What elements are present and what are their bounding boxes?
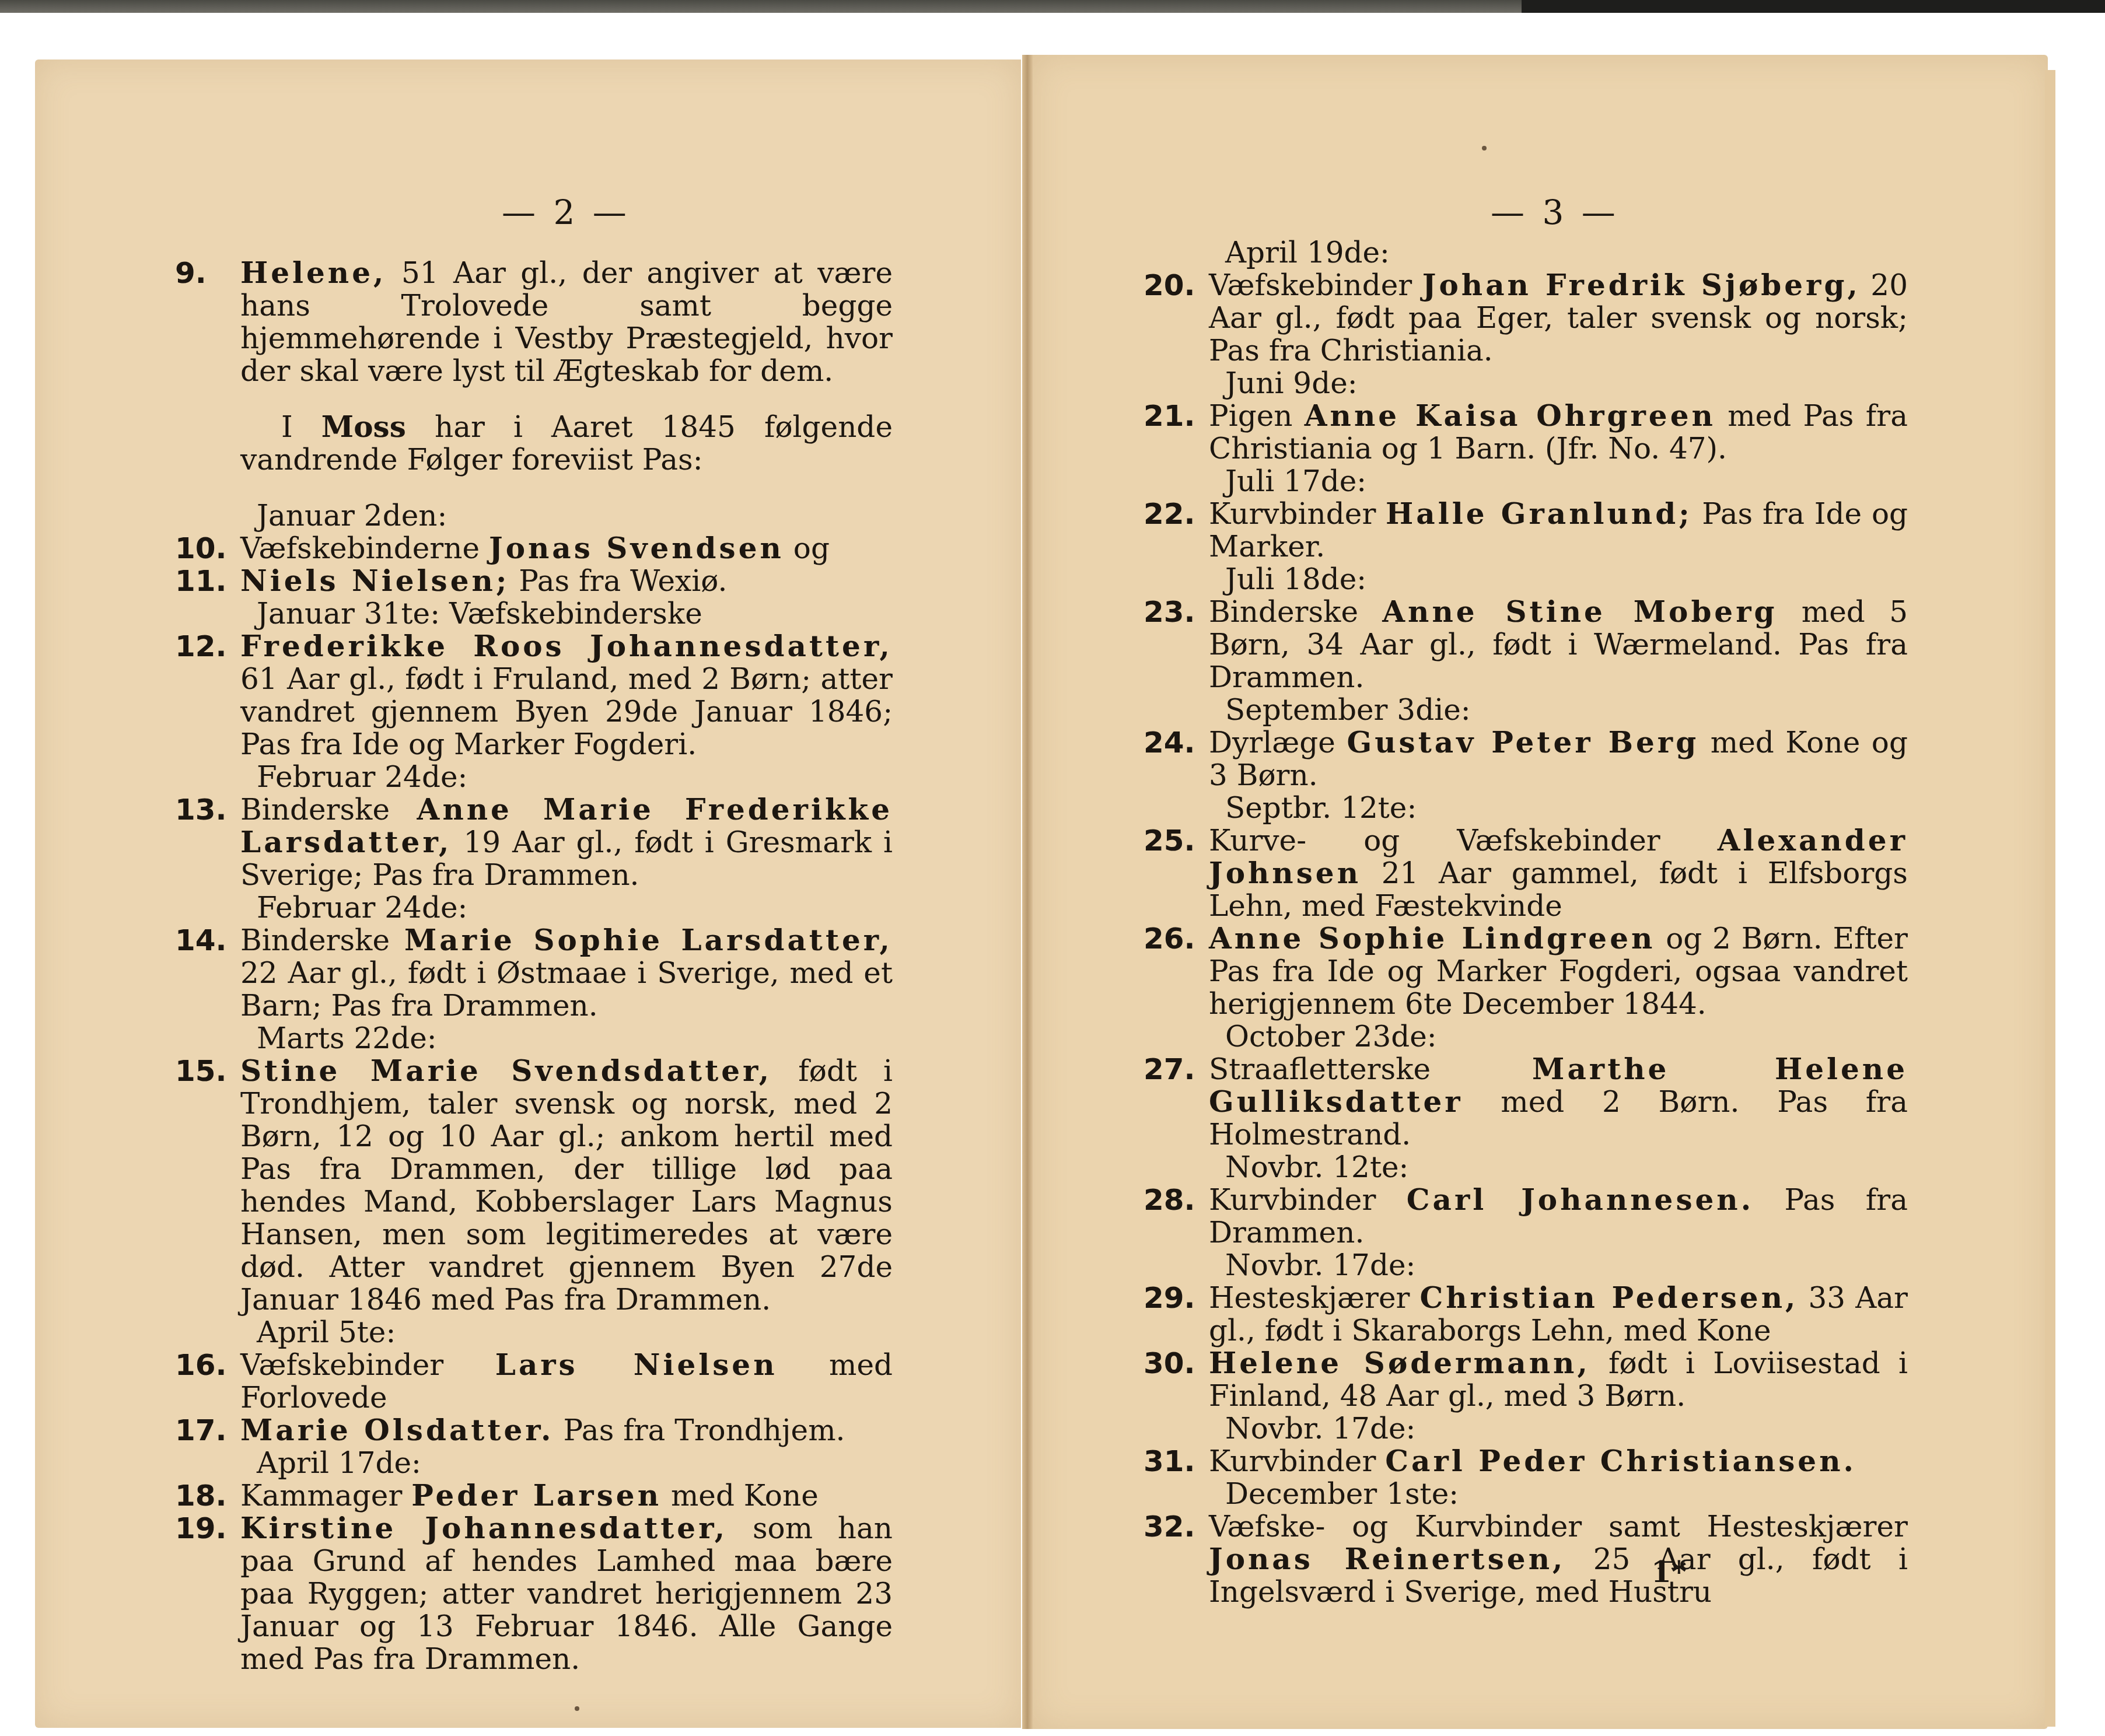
entry-details: Pas fra Trondhjem. xyxy=(563,1413,845,1447)
person-name: Johan Fredrik Sjøberg, xyxy=(1422,268,1861,302)
person-name: Jonas Reinertsen, xyxy=(1209,1542,1565,1576)
entry-number: 31. xyxy=(1144,1445,1209,1478)
entry-number: 13. xyxy=(175,793,240,891)
entry-text: Kurve- og Væfskebinder Alexander Johnsen… xyxy=(1209,824,1908,922)
register-entry: 32.Væfske- og Kurvbinder samt Hesteskjær… xyxy=(1144,1510,1908,1608)
signature-mark: 1* xyxy=(1651,1555,1687,1589)
entry-number: 9. xyxy=(175,257,240,387)
entry-text: Væfskebinder Johan Fredrik Sjøberg, 20 A… xyxy=(1209,269,1908,367)
person-name: Marie Olsdatter. xyxy=(240,1413,554,1447)
entry-number: 15. xyxy=(175,1055,240,1316)
register-entry: 31.Kurvbinder Carl Peder Christiansen. xyxy=(1144,1445,1908,1478)
register-entry: 16.Væfskebinder Lars Nielsen med Forlove… xyxy=(175,1349,893,1414)
entry-number: 27. xyxy=(1144,1053,1209,1151)
entry-number: 19. xyxy=(175,1512,240,1675)
person-name: Anne Sophie Lindgreen xyxy=(1209,921,1655,956)
scanner-edge-dark xyxy=(1522,0,2105,13)
register-entry: 10.Væfskebinderne Jonas Svendsen og xyxy=(175,532,893,565)
register-entry: 20.Væfskebinder Johan Fredrik Sjøberg, 2… xyxy=(1144,269,1908,367)
person-name: Peder Larsen xyxy=(411,1478,662,1513)
entry-number: 26. xyxy=(1144,922,1209,1020)
entry-number: 23. xyxy=(1144,596,1209,694)
person-name: Niels Nielsen; xyxy=(240,563,509,598)
entry-text: Anne Sophie Lindgreen og 2 Børn. Efter P… xyxy=(1209,922,1908,1020)
book-gutter xyxy=(1022,55,1033,1729)
entry-number: 28. xyxy=(1144,1184,1209,1249)
entry-text: Straafletterske Marthe Helene Gulliksdat… xyxy=(1209,1053,1908,1151)
entry-text: Hesteskjærer Christian Pedersen, 33 Aar … xyxy=(1209,1282,1908,1347)
entry-number: 14. xyxy=(175,924,240,1022)
person-name: Lars Nielsen xyxy=(495,1347,778,1382)
date-heading: Juni 9de: xyxy=(1144,367,1908,400)
date-heading: Septbr. 12te: xyxy=(1144,792,1908,824)
occupation: Kurvbinder xyxy=(1209,1444,1376,1478)
date-heading: Februar 24de: xyxy=(175,891,893,924)
occupation: Dyrlæge xyxy=(1209,726,1335,759)
entry-text: Kirstine Johannesdatter, som han paa Gru… xyxy=(240,1512,893,1675)
entry-details: født i Trondhjem, taler svensk og norsk,… xyxy=(240,1054,893,1317)
ink-spot xyxy=(575,1706,579,1711)
entry-text: Binderske Anne Stine Moberg med 5 Børn, … xyxy=(1209,596,1908,694)
person-name: Halle Granlund; xyxy=(1386,496,1693,531)
entry-text: Væfskebinder Lars Nielsen med Forlovede xyxy=(240,1349,893,1414)
occupation: Pigen xyxy=(1209,399,1292,433)
date-heading: September 3die: xyxy=(1144,694,1908,726)
occupation: Straafletterske xyxy=(1209,1052,1431,1086)
register-entry: 28.Kurvbinder Carl Johannesen. Pas fra D… xyxy=(1144,1184,1908,1249)
date-heading: Juli 17de: xyxy=(1144,465,1908,498)
register-entry: 24.Dyrlæge Gustav Peter Berg med Kone og… xyxy=(1144,726,1908,792)
entry-text: Helene, 51 Aar gl., der angiver at være … xyxy=(240,257,893,387)
entry-number: 24. xyxy=(1144,726,1209,792)
person-name: Helene Sødermann, xyxy=(1209,1346,1590,1380)
person-name: Marie Sophie Larsdatter, xyxy=(404,923,893,957)
occupation: Kurvbinder xyxy=(1209,497,1376,531)
entry-number: 29. xyxy=(1144,1282,1209,1347)
occupation: Binderske xyxy=(240,923,390,957)
register-entry: 29.Hesteskjærer Christian Pedersen, 33 A… xyxy=(1144,1282,1908,1347)
entry-details: 61 Aar gl., født i Fruland, med 2 Børn; … xyxy=(240,662,893,761)
person-name: Helene, xyxy=(240,256,386,290)
entry-text: Binderske Marie Sophie Larsdatter, 22 Aa… xyxy=(240,924,893,1022)
person-name: Carl Peder Christiansen. xyxy=(1385,1444,1856,1478)
register-entry: 23.Binderske Anne Stine Moberg med 5 Bør… xyxy=(1144,596,1908,694)
register-entry: 22.Kurvbinder Halle Granlund; Pas fra Id… xyxy=(1144,498,1908,563)
date-heading: Februar 24de: xyxy=(175,761,893,793)
entry-text: Væfskebinderne Jonas Svendsen og xyxy=(240,532,893,565)
entry-text: Kurvbinder Carl Johannesen. Pas fra Dram… xyxy=(1209,1184,1908,1249)
entry-details: og xyxy=(793,531,830,565)
date-heading: October 23de: xyxy=(1144,1020,1908,1053)
register-entry: 13.Binderske Anne Marie Frederikke Larsd… xyxy=(175,793,893,891)
entry-number: 12. xyxy=(175,630,240,761)
register-entry: 25.Kurve- og Væfskebinder Alexander John… xyxy=(1144,824,1908,922)
occupation: Hesteskjærer xyxy=(1209,1281,1410,1315)
person-name: Anne Kaisa Ohrgreen xyxy=(1305,398,1716,433)
date-heading: Novbr. 17de: xyxy=(1144,1249,1908,1282)
person-name: Frederikke Roos Johannesdatter, xyxy=(240,629,893,663)
page-number-left: — 2 — xyxy=(502,192,630,232)
register-entry: 15.Stine Marie Svendsdatter, født i Tron… xyxy=(175,1055,893,1316)
date-heading: Januar 2den: xyxy=(175,499,893,532)
register-entry: 19.Kirstine Johannesdatter, som han paa … xyxy=(175,1512,893,1675)
register-entry: 27.Straafletterske Marthe Helene Gulliks… xyxy=(1144,1053,1908,1151)
occupation: Kurve- og Væfskebinder xyxy=(1209,824,1660,857)
register-entry: 30.Helene Sødermann, født i Loviisestad … xyxy=(1144,1347,1908,1412)
occupation: Væfskebinderne xyxy=(240,531,480,565)
date-heading: Januar 31te: Væfskebinderske xyxy=(175,597,893,630)
occupation: Binderske xyxy=(240,793,390,827)
entry-details: med Kone xyxy=(671,1479,819,1513)
person-name: Christian Pedersen, xyxy=(1419,1280,1798,1315)
register-entry: 17.Marie Olsdatter. Pas fra Trondhjem. xyxy=(175,1414,893,1447)
occupation: Væfske- og Kurvbinder samt Hesteskjærer xyxy=(1209,1510,1908,1543)
occupation: Kurvbinder xyxy=(1209,1183,1376,1217)
occupation: Væfskebinder xyxy=(1209,268,1412,302)
intro-paragraph: I Moss har i Aaret 1845 følgende vandren… xyxy=(175,411,893,476)
entry-number: 17. xyxy=(175,1414,240,1447)
date-heading: Novbr. 17de: xyxy=(1144,1412,1908,1445)
entry-text: Helene Sødermann, født i Loviisestad i F… xyxy=(1209,1347,1908,1412)
right-page-text: April 19de:20.Væfskebinder Johan Fredrik… xyxy=(1144,236,1908,1608)
date-heading: Novbr. 12te: xyxy=(1144,1151,1908,1184)
entry-text: Dyrlæge Gustav Peter Berg med Kone og 3 … xyxy=(1209,726,1908,792)
entry-text: Pigen Anne Kaisa Ohrgreen med Pas fra Ch… xyxy=(1209,400,1908,465)
entry-details: 22 Aar gl., født i Østmaae i Sverige, me… xyxy=(240,956,893,1023)
person-name: Kirstine Johannesdatter, xyxy=(240,1511,728,1545)
entry-text: Kurvbinder Carl Peder Christiansen. xyxy=(1209,1445,1908,1478)
occupation: Kammager xyxy=(240,1479,402,1513)
date-heading: Juli 18de: xyxy=(1144,563,1908,596)
entry-number: 20. xyxy=(1144,269,1209,367)
entry-text: Stine Marie Svendsdatter, født i Trondhj… xyxy=(240,1055,893,1316)
intro-prefix: I xyxy=(281,410,293,444)
place-name: Moss xyxy=(321,409,406,444)
entry-number: 22. xyxy=(1144,498,1209,563)
person-name: Gustav Peter Berg xyxy=(1347,725,1699,759)
date-heading: April 17de: xyxy=(175,1447,893,1479)
entry-number: 30. xyxy=(1144,1347,1209,1412)
entry-number: 18. xyxy=(175,1479,240,1512)
entry-number: 16. xyxy=(175,1349,240,1414)
register-entry: 14.Binderske Marie Sophie Larsdatter, 22… xyxy=(175,924,893,1022)
person-name: Jonas Svendsen xyxy=(489,531,784,565)
entry-text: Væfske- og Kurvbinder samt Hesteskjærer … xyxy=(1209,1510,1908,1608)
entry-text: Binderske Anne Marie Frederikke Larsdatt… xyxy=(240,793,893,891)
ink-spot xyxy=(1482,146,1487,150)
entry-text: Marie Olsdatter. Pas fra Trondhjem. xyxy=(240,1414,893,1447)
entry-number: 11. xyxy=(175,565,240,597)
date-heading: Marts 22de: xyxy=(175,1022,893,1055)
entry-text: Kammager Peder Larsen med Kone xyxy=(240,1479,893,1512)
occupation: Væfskebinder xyxy=(240,1348,443,1382)
left-page-text: 9.Helene, 51 Aar gl., der angiver at vær… xyxy=(175,257,893,1675)
register-entry: 26.Anne Sophie Lindgreen og 2 Børn. Efte… xyxy=(1144,922,1908,1020)
entry-number: 21. xyxy=(1144,400,1209,465)
page-number-right: — 3 — xyxy=(1491,192,1619,232)
entry-details: Pas fra Wexiø. xyxy=(519,564,727,598)
scanner-edge xyxy=(0,0,2105,13)
entry-number: 32. xyxy=(1144,1510,1209,1608)
date-heading: April 5te: xyxy=(175,1316,893,1349)
person-name: Stine Marie Svendsdatter, xyxy=(240,1053,772,1088)
date-heading: December 1ste: xyxy=(1144,1478,1908,1510)
entry-text: Frederikke Roos Johannesdatter, 61 Aar g… xyxy=(240,630,893,761)
person-name: Carl Johannesen. xyxy=(1407,1182,1754,1217)
register-entry: 18.Kammager Peder Larsen med Kone xyxy=(175,1479,893,1512)
entry-number: 25. xyxy=(1144,824,1209,922)
page-edge xyxy=(2045,70,2055,1727)
register-entry: 12.Frederikke Roos Johannesdatter, 61 Aa… xyxy=(175,630,893,761)
entry-number: 10. xyxy=(175,532,240,565)
occupation: Binderske xyxy=(1209,595,1358,629)
person-name: Anne Stine Moberg xyxy=(1382,594,1777,629)
register-entry: 9.Helene, 51 Aar gl., der angiver at vær… xyxy=(175,257,893,387)
register-entry: 11.Niels Nielsen; Pas fra Wexiø. xyxy=(175,565,893,597)
date-heading: April 19de: xyxy=(1144,236,1908,269)
entry-text: Niels Nielsen; Pas fra Wexiø. xyxy=(240,565,893,597)
register-entry: 21.Pigen Anne Kaisa Ohrgreen med Pas fra… xyxy=(1144,400,1908,465)
entry-text: Kurvbinder Halle Granlund; Pas fra Ide o… xyxy=(1209,498,1908,563)
